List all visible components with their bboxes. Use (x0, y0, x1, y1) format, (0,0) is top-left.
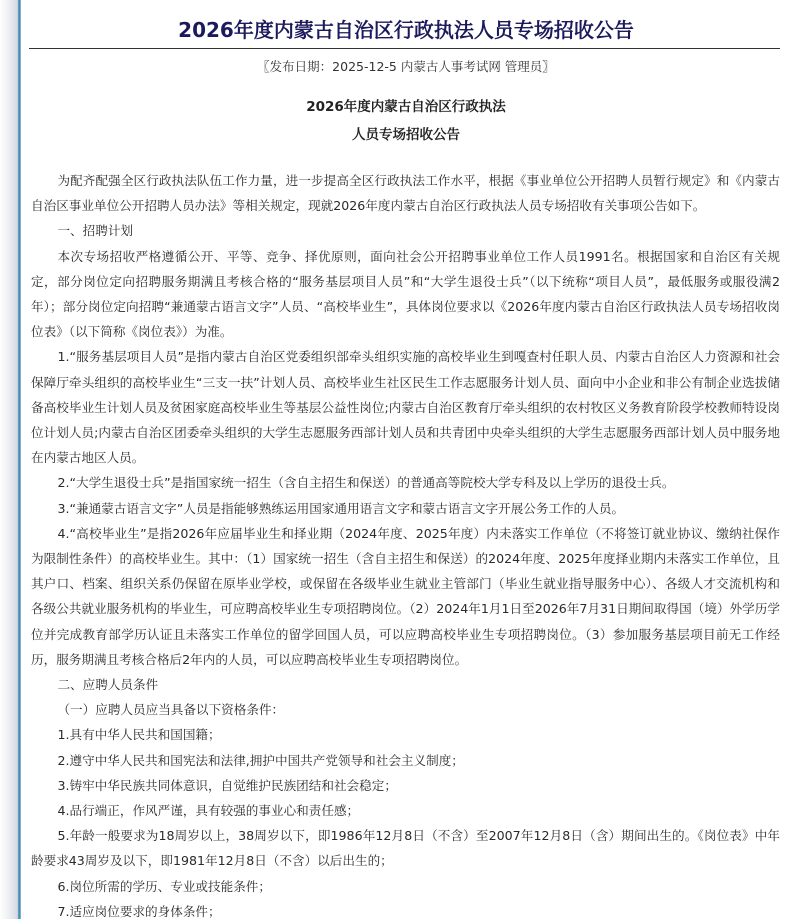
content-border (18, 0, 21, 919)
condition-item-4: 4.品行端正，作风严谨，具有较强的事业心和责任感； (31, 798, 780, 823)
page-title: 2026年度内蒙古自治区行政执法人员专场招收公告 (22, 14, 790, 43)
title-divider (29, 48, 780, 49)
publish-meta: 〖发布日期：2025-12-5 内蒙古人事考试网 管理员〗 (22, 57, 790, 75)
section-heading-conditions: 二、应聘人员条件 (31, 672, 780, 697)
paragraph-intro: 为配齐配强全区行政执法队伍工作力量，进一步提高全区行政执法工作水平，根据《事业单… (31, 168, 780, 218)
condition-item-6: 6.岗位所需的学历、专业或技能条件； (31, 874, 780, 899)
condition-item-1: 1.具有中华人民共和国国籍； (31, 722, 780, 747)
article-body: 为配齐配强全区行政执法队伍工作力量，进一步提高全区行政执法工作水平，根据《事业单… (31, 168, 780, 919)
paragraph-def-1: 1.“服务基层项目人员”是指内蒙古自治区党委组织部牵头组织实施的高校毕业生到嘎查… (31, 344, 780, 470)
condition-item-7: 7.适应岗位要求的身体条件； (31, 899, 780, 919)
condition-item-3: 3.铸牢中华民族共同体意识，自觉维护民族团结和社会稳定； (31, 773, 780, 798)
section-heading-plan: 一、招聘计划 (31, 218, 780, 243)
article-subtitle-line1: 2026年度内蒙古自治区行政执法 (22, 95, 790, 115)
paragraph-def-3: 3.“兼通蒙古语言文字”人员是指能够熟练运用国家通用语言文字和蒙古语言文字开展公… (31, 496, 780, 521)
article-page: 2026年度内蒙古自治区行政执法人员专场招收公告 〖发布日期：2025-12-5… (22, 0, 790, 919)
window-left-edge (0, 0, 18, 919)
paragraph-def-2: 2.“大学生退役士兵”是指国家统一招生（含自主招生和保送）的普通高等院校大学专科… (31, 470, 780, 495)
paragraph-plan: 本次专场招收严格遵循公开、平等、竞争、择优原则，面向社会公开招聘事业单位工作人员… (31, 244, 780, 345)
paragraph-def-4: 4.“高校毕业生”是指2026年应届毕业生和择业期（2024年度、2025年度）… (31, 521, 780, 672)
article-subtitle-line2: 人员专场招收公告 (22, 123, 790, 143)
condition-item-5: 5.年龄一般要求为18周岁以上，38周岁以下，即1986年12月8日（不含）至2… (31, 823, 780, 873)
condition-item-2: 2.遵守中华人民共和国宪法和法律,拥护中国共产党领导和社会主义制度； (31, 748, 780, 773)
subsection-heading-qualifications: （一）应聘人员应当具备以下资格条件： (31, 697, 780, 722)
